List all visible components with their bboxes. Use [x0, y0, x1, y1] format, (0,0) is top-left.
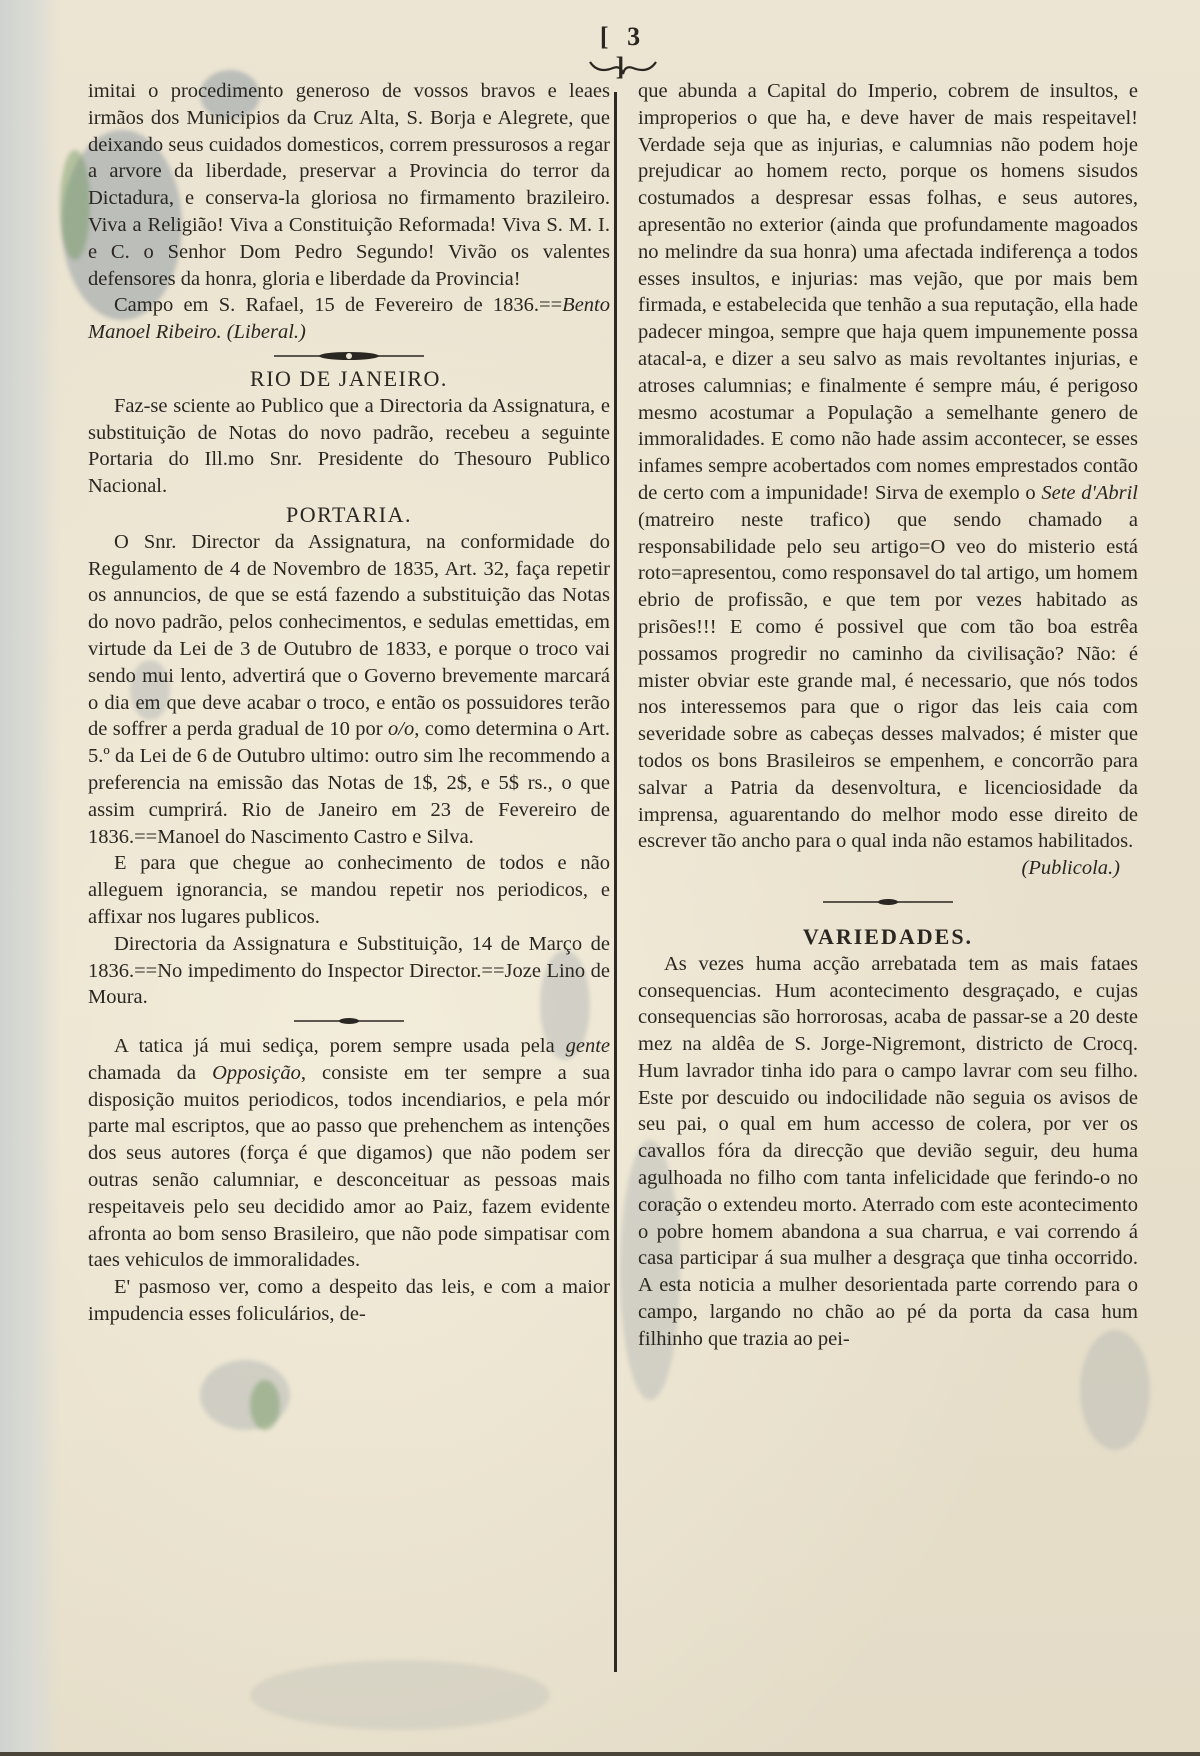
- section-heading-variedades: VARIEDADES.: [638, 924, 1138, 951]
- newspaper-title: Sete d'Abril: [1041, 482, 1138, 504]
- source-attribution: (Liberal.): [227, 321, 306, 343]
- directoria-signature: Directoria da Assignatura e Substituição…: [88, 931, 610, 1011]
- publication-notice: E para que chegue ao conhecimento de tod…: [88, 850, 610, 930]
- variedades-text: As vezes huma acção arrebatada tem as ma…: [638, 951, 1138, 1353]
- portaria-text: O Snr. Director da Assignatura, na confo…: [88, 529, 610, 851]
- green-stain: [250, 1380, 280, 1430]
- water-stain: [250, 1660, 550, 1730]
- page-edge-discoloration: [0, 0, 60, 1756]
- column-divider: [614, 92, 617, 1672]
- laurel-divider-icon: [274, 350, 424, 362]
- proclamation-text: imitai o procedimento generoso de vossos…: [88, 78, 610, 292]
- brace-ornament-icon: [588, 58, 658, 76]
- section-heading-portaria: PORTARIA.: [88, 502, 610, 529]
- right-column: que abunda a Capital do Imperio, cobrem …: [638, 78, 1138, 1353]
- article-continuation: que abunda a Capital do Imperio, cobrem …: [638, 78, 1138, 855]
- section-heading-rio: RIO DE JANEIRO.: [88, 366, 610, 393]
- page-number: [ 3 ]: [588, 22, 658, 76]
- left-column: imitai o procedimento generoso de vossos…: [88, 78, 610, 1328]
- newspaper-page: [ 3 ] imitai o procedimento generoso de …: [0, 0, 1200, 1756]
- author-attribution: (Publicola.): [638, 855, 1138, 882]
- divider-rule-icon: [823, 896, 953, 908]
- proclamation-signature: Campo em S. Rafael, 15 de Fevereiro de 1…: [88, 292, 610, 346]
- green-stain: [60, 150, 90, 260]
- divider-rule-icon: [294, 1015, 404, 1027]
- pasmoso-paragraph: E' pasmoso ver, como a despeito das leis…: [88, 1274, 610, 1328]
- tatica-paragraph: A tatica já mui sediça, porem sempre usa…: [88, 1033, 610, 1274]
- rio-paragraph: Faz-se sciente ao Publico que a Director…: [88, 393, 610, 500]
- scan-bottom-edge: [0, 1752, 1200, 1756]
